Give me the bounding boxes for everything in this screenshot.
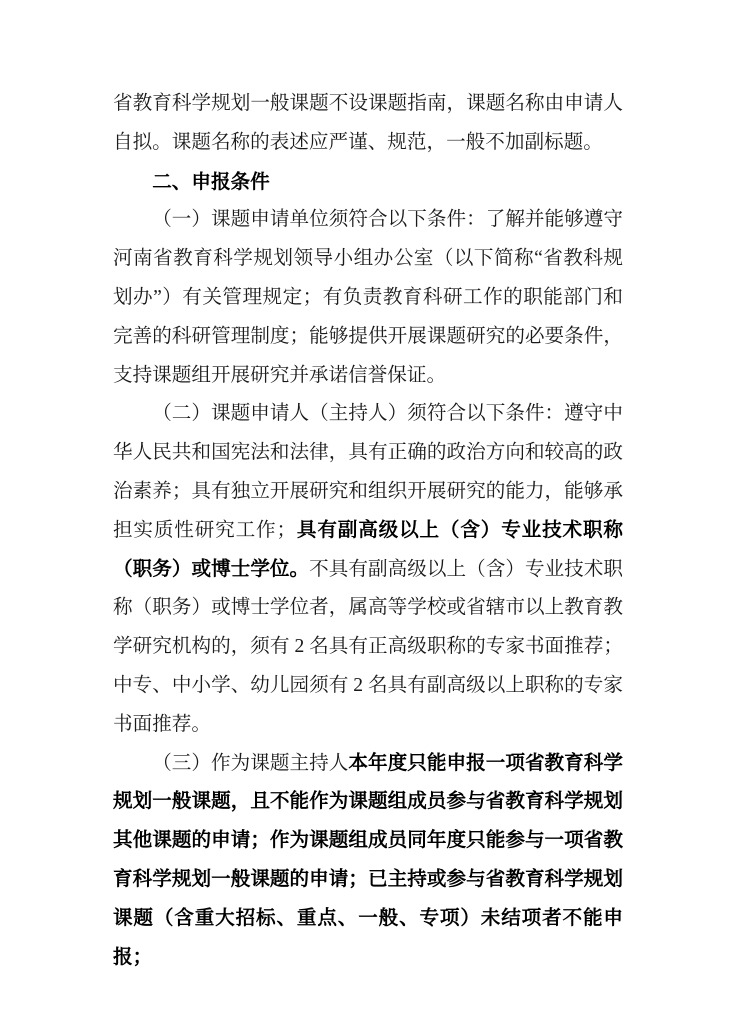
text-run: 不具有副高级以上（含）专业技术职称（职务）或博士学位者，属高等学校或省辖市以上教…: [113, 559, 623, 735]
section-heading: 二、申报条件: [113, 163, 623, 202]
text-run-bold: 本年度只能申报一项省教育科学规划一般课题，且不能作为课题组成员参与省教育科学规划…: [113, 753, 623, 968]
document-content: 省教育科学规划一般课题不设课题指南，课题名称由申请人自拟。课题名称的表述应严谨、…: [113, 85, 623, 977]
text-run: （一）课题申请单位须符合以下条件：了解并能够遵守河南省教育科学规划领导小组办公室…: [113, 209, 623, 385]
paragraph: （三）作为课题主持人本年度只能申报一项省教育科学规划一般课题，且不能作为课题组成…: [113, 745, 623, 978]
paragraph: 省教育科学规划一般课题不设课题指南，课题名称由申请人自拟。课题名称的表述应严谨、…: [113, 85, 623, 163]
document-page: 省教育科学规划一般课题不设课题指南，课题名称由申请人自拟。课题名称的表述应严谨、…: [0, 0, 735, 1036]
paragraph: （二）课题申请人（主持人）须符合以下条件：遵守中华人民共和国宪法和法律，具有正确…: [113, 395, 623, 744]
text-run: 省教育科学规划一般课题不设课题指南，课题名称由申请人自拟。课题名称的表述应严谨、…: [113, 93, 623, 153]
text-run-bold: 二、申报条件: [152, 171, 270, 193]
text-run: （三）作为课题主持人: [152, 753, 348, 774]
paragraph: （一）课题申请单位须符合以下条件：了解并能够遵守河南省教育科学规划领导小组办公室…: [113, 201, 623, 395]
